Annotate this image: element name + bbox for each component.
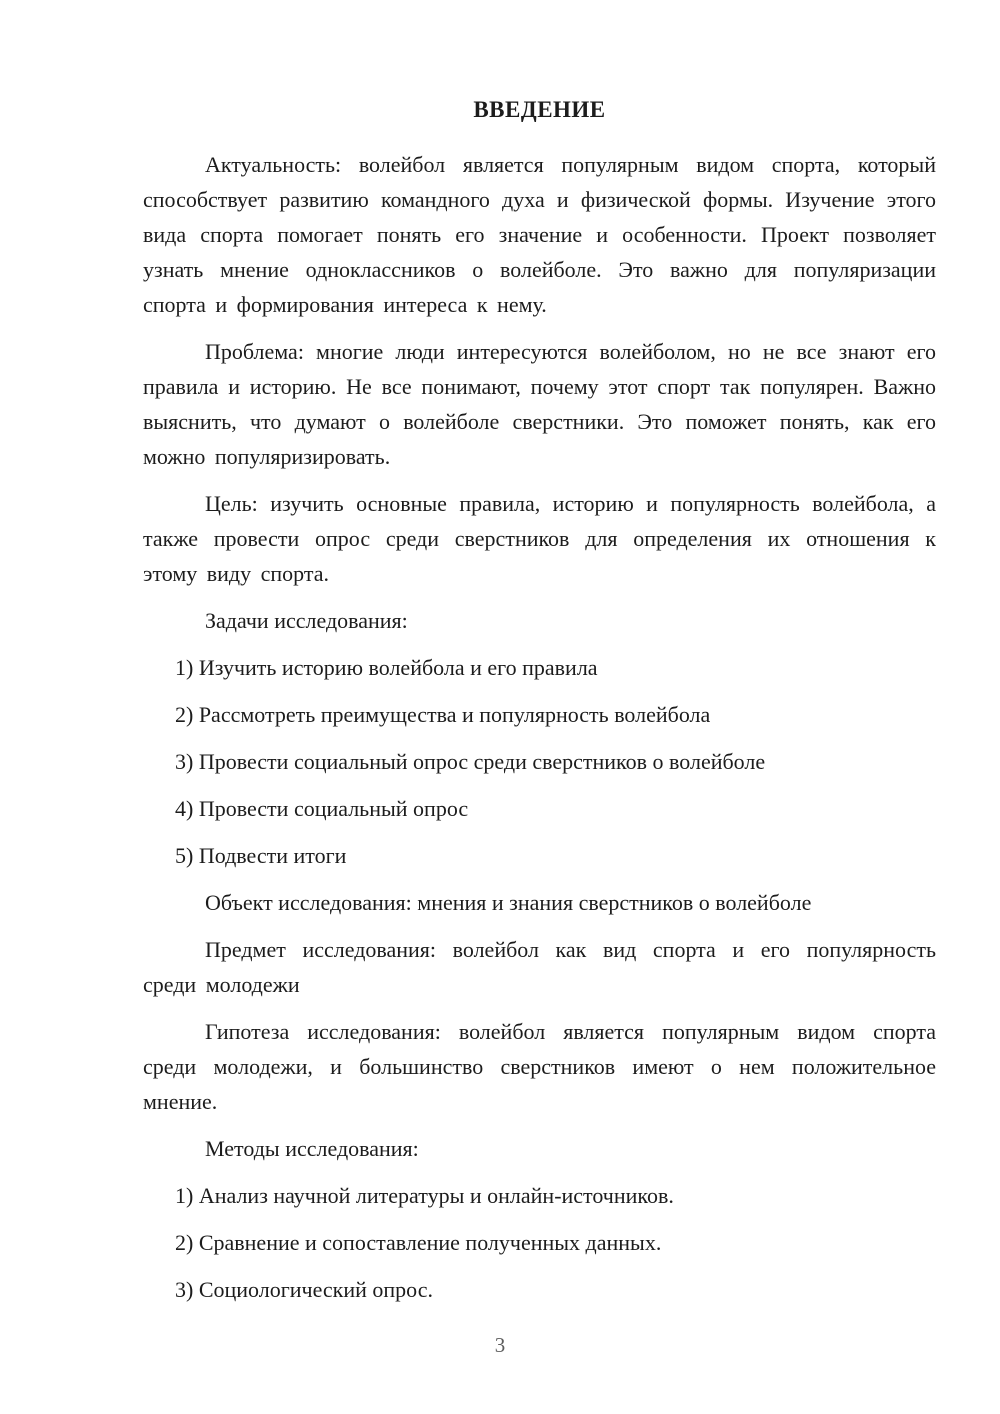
paragraph-problem: Проблема: многие люди интересуются волей… xyxy=(143,334,936,474)
task-item-5: 5) Подвести итоги xyxy=(143,838,936,873)
task-item-2: 2) Рассмотреть преимущества и популярнос… xyxy=(143,697,936,732)
paragraph-goal: Цель: изучить основные правила, историю … xyxy=(143,486,936,591)
task-item-4: 4) Провести социальный опрос xyxy=(143,791,936,826)
methods-section-label: Методы исследования: xyxy=(143,1131,936,1166)
paragraph-object: Объект исследования: мнения и знания све… xyxy=(143,885,936,920)
task-item-3: 3) Провести социальный опрос среди сверс… xyxy=(143,744,936,779)
method-item-3: 3) Социологический опрос. xyxy=(143,1272,936,1307)
task-item-1: 1) Изучить историю волейбола и его прави… xyxy=(143,650,936,685)
method-item-1: 1) Анализ научной литературы и онлайн-ис… xyxy=(143,1178,936,1213)
paragraph-hypothesis: Гипотеза исследования: волейбол является… xyxy=(143,1014,936,1119)
paragraph-subject: Предмет исследования: волейбол как вид с… xyxy=(143,932,936,1002)
paragraph-relevance: Актуальность: волейбол является популярн… xyxy=(143,147,936,322)
page-title: ВВЕДЕНИЕ xyxy=(143,92,936,127)
page-number: 3 xyxy=(0,1330,1000,1360)
tasks-section-label: Задачи исследования: xyxy=(143,603,936,638)
method-item-2: 2) Сравнение и сопоставление полученных … xyxy=(143,1225,936,1260)
document-page: ВВЕДЕНИЕ Актуальность: волейбол является… xyxy=(0,0,1000,1414)
